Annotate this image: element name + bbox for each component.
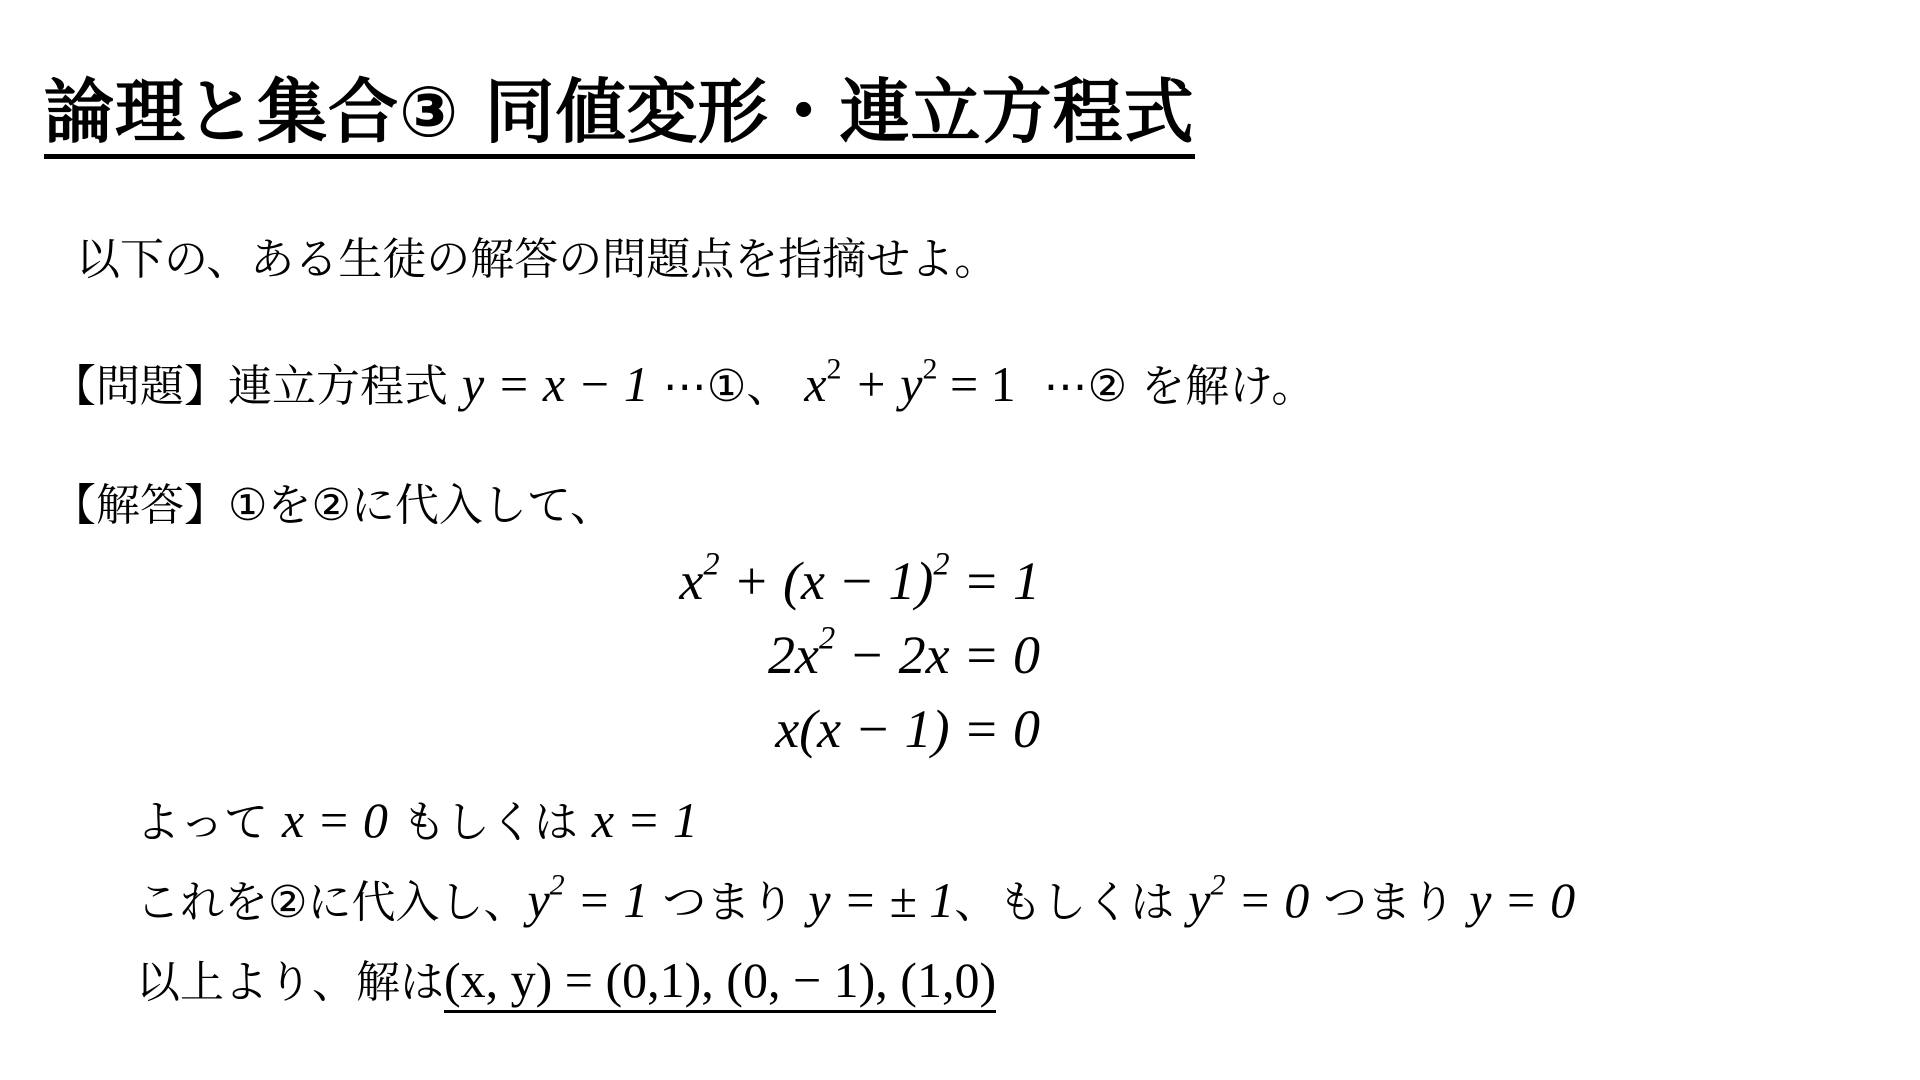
problem-label: 【問題】 (52, 361, 228, 412)
page-title: 論理と集合③ 同値変形・連立方程式 (44, 70, 1195, 159)
equation-1: y = x − 1 (462, 356, 649, 412)
answer-line-3: 以上より、解は(x, y) = (0,1), (0, − 1), (1,0) (136, 952, 996, 1011)
step-1: x2 + (x − 1)2 = 1 (679, 550, 1040, 612)
instruction: 以下の、ある生徒の解答の問題点を指摘せよ。 (76, 232, 998, 288)
equation-2: x2 + y2 = 1 (804, 356, 1015, 412)
step-2: 2x2 − 2x = 0 (768, 624, 1040, 686)
problem-statement: 【問題】連立方程式 y = x − 1 ⋯①、 x2 + y2 = 1 ⋯② を… (52, 356, 1315, 415)
answer-line-1: よって x = 0 もしくは x = 1 (136, 792, 698, 851)
answer-lead: 【解答】①を②に代入して、 (52, 478, 614, 534)
answer-label: 【解答】 (52, 480, 228, 531)
step-3: x(x − 1) = 0 (775, 698, 1040, 760)
final-solution: (x, y) = (0,1), (0, − 1), (1,0) (444, 952, 996, 1013)
answer-line-2: これを②に代入し、y2 = 1 つまり y = ± 1、もしくは y2 = 0 … (136, 872, 1575, 931)
